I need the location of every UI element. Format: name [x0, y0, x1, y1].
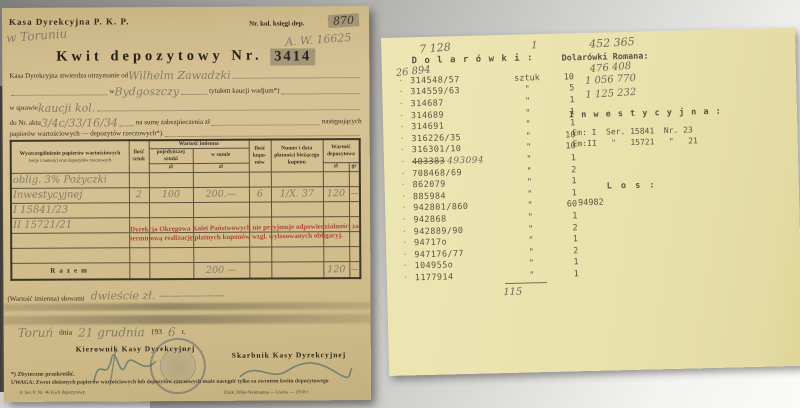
- unit-label: ": [511, 270, 553, 281]
- quantity: 1: [552, 234, 578, 245]
- table-total-row: Razem 200 — 120 —: [11, 261, 360, 279]
- quantity: 1: [553, 269, 579, 280]
- quantity: 1: [551, 188, 577, 199]
- cell-sum: [193, 202, 249, 217]
- value-in-words-line: (Wartość imienna) słowami dwieście zł. —…: [7, 288, 363, 303]
- cell-qty: [129, 172, 149, 187]
- dotted-rule: [166, 134, 360, 137]
- handwritten-number-4: 1 125 232: [585, 87, 636, 101]
- handwritten-depositor-name: Wilhelm Zawadzki: [128, 69, 230, 83]
- r-label: r.: [182, 327, 186, 336]
- unit-label: ": [508, 154, 550, 165]
- form-line-papers: papierów wartościowych — depozytów rzecz…: [10, 128, 362, 138]
- razem-empty: [249, 262, 271, 279]
- quantity: 10: [548, 72, 574, 83]
- cell-sum: [193, 247, 249, 262]
- nastepujacych-label: następujących: [322, 117, 362, 125]
- unit-label: ": [507, 119, 549, 130]
- form-reference: P. Ser. P. Nr. 46 Kwit depozytowy.: [20, 391, 86, 396]
- handwritten-city: Toruń: [18, 326, 54, 340]
- suma-label: na sumę zabezpieczenia zł: [136, 118, 210, 126]
- handwritten-case: kaucji kol.: [38, 101, 95, 114]
- unit-zl: zł: [193, 163, 249, 172]
- serial-number: 942889/90: [414, 226, 464, 237]
- handwritten-tick: 1: [531, 40, 538, 51]
- serial-number-list: 314548/57 sztuk 10 314559/63 " 5 314687 …: [410, 71, 595, 284]
- col-header-coupons: Ilość kupo- nów: [249, 140, 271, 172]
- year-label: 193: [151, 327, 162, 336]
- cell-deposit-zl: [323, 201, 349, 216]
- cell-coupons: [249, 202, 271, 217]
- form-line-place: w Bydgoszczy tytułem kaucji wadjum*): [9, 84, 361, 96]
- unit-label: ": [508, 165, 550, 176]
- serial-number: 104955o: [414, 261, 453, 272]
- dotted-rule: [11, 93, 107, 96]
- quantity: 1: [550, 153, 576, 164]
- typed-list-document: 7 128 1 D o l a r ó w k i : 26 894 31454…: [381, 28, 800, 376]
- cell-due: [271, 201, 323, 216]
- serial-number: 314691: [411, 122, 444, 133]
- cell-name: [11, 232, 129, 248]
- cell-deposit-zl: [323, 171, 349, 186]
- unit-label: ": [509, 189, 551, 200]
- serial-number: 942868: [413, 214, 446, 225]
- los-value: 94982: [578, 198, 604, 209]
- form-line-act-number: do Nr. aktu 3/4c/33/16/34 na sumę zabezp…: [10, 115, 362, 127]
- handwritten-value-words: dwieście zł. ——————: [91, 289, 225, 303]
- akt-label: do Nr. aktu: [10, 119, 41, 127]
- cell-single: [149, 172, 193, 187]
- handwritten-date: 21 grudnia: [78, 325, 145, 339]
- serial-number: 947176/77: [414, 249, 464, 260]
- cell-coupons: 6: [249, 187, 271, 202]
- title-label: Kwit depozytowy Nr.: [56, 48, 262, 65]
- cell-single: [149, 202, 193, 217]
- cell-sum: 200.—: [193, 187, 249, 202]
- round-office-stamp: [150, 338, 206, 394]
- quantity: 2: [552, 246, 578, 257]
- handwritten-correction: 493094: [447, 155, 484, 166]
- handwritten-reference-number: A. W. 16625: [285, 31, 352, 49]
- col-header-sum: w sumie: [193, 148, 249, 163]
- serial-number: 94717o: [414, 238, 447, 249]
- deposit-receipt-document: Kasa Dyrekcyjna P. K. P. w Toruniu Nr. k…: [2, 6, 371, 402]
- unit-label: ": [510, 235, 552, 246]
- cell-due: [271, 246, 323, 261]
- razem-label: Razem: [11, 262, 129, 279]
- dotted-rule: [181, 93, 207, 95]
- handwritten-total: 115: [503, 287, 522, 298]
- form-line-received: Kasa Dyrekcyjna stwierdza otrzymanie od …: [9, 68, 361, 80]
- quantity: 1: [551, 211, 577, 222]
- securities-table: Wyszczególnienie papierów wartościowych …: [10, 138, 362, 280]
- emission-1-line: Em: I Ser. 15841 Nr. 23: [572, 125, 693, 137]
- papierow-label: papierów wartościowych — depozytów rzecz…: [10, 129, 164, 138]
- cell-deposit-zl: [323, 246, 349, 261]
- unit-label: ": [510, 223, 552, 234]
- document-title: Kwit depozytowy Nr. 3414: [2, 47, 369, 66]
- unit-label: ": [509, 200, 551, 211]
- serial-number: 942801/860: [413, 202, 468, 213]
- dotted-rule: [120, 124, 134, 126]
- razem-empty: [271, 261, 323, 278]
- serial-number: 314689: [411, 110, 444, 121]
- los-heading: L o s :: [607, 180, 657, 191]
- handwritten-city: Bydgoszczy: [114, 85, 179, 98]
- serial-number: 1177914: [415, 272, 454, 283]
- cell-single: 100: [149, 187, 193, 202]
- quantity: 2: [550, 165, 576, 176]
- quantity: 5: [548, 84, 574, 95]
- cell-deposit-gr: [349, 171, 360, 186]
- cell-sum: [193, 172, 249, 187]
- col-header-name-sub: (serje i numery) oraz depozytów rzeczowy…: [13, 157, 128, 163]
- razem-gr: —: [349, 261, 360, 278]
- scan-smudge: [4, 314, 371, 325]
- dotted-rule: [233, 76, 360, 79]
- handwritten-place: w Toruniu: [6, 27, 68, 46]
- cell-name: oblig. 3% Pożyczki: [11, 172, 129, 188]
- kaucja-label: tytułem kaucji wadjum*): [209, 87, 279, 95]
- cell-name: I 15841/23: [11, 202, 129, 218]
- serial-number: 316301/10: [412, 144, 462, 155]
- col-header-qty: Ilość sztuk: [129, 140, 149, 172]
- unit-label: ": [507, 131, 549, 142]
- cell-single: [149, 247, 193, 262]
- col-header-deposit: Wartość depozytowa: [323, 139, 360, 162]
- footnote: *) Zbyteczne przekreślić.: [11, 372, 75, 378]
- photo-backdrop: Kasa Dyrekcyjna P. K. P. w Toruniu Nr. k…: [0, 0, 800, 408]
- serial-number: 403383: [412, 156, 445, 167]
- cell-deposit-gr: —: [349, 186, 360, 201]
- railway-directorate-stamp: Dyrekcja Okręgowa Kolei Państwowych nie …: [130, 222, 370, 244]
- quantity: 1: [548, 95, 574, 106]
- cell-name: [11, 247, 129, 263]
- cell-deposit-gr: [349, 246, 360, 261]
- handwritten-top-number: 7 128: [419, 40, 451, 55]
- serial-number: 862079: [412, 180, 445, 191]
- cell-name: Inwestycyjnej: [11, 187, 129, 203]
- quantity: 2: [552, 223, 578, 234]
- dotted-rule: [212, 123, 320, 126]
- razem-empty: [129, 262, 149, 279]
- serial-number: 314687: [411, 98, 444, 109]
- unit-label: ": [510, 258, 552, 269]
- receipt-number-stamp: 3414: [270, 48, 315, 65]
- unit-label: sztuk: [506, 73, 548, 84]
- razem-empty: [149, 262, 193, 279]
- sum-underline: [505, 282, 547, 284]
- handwritten-year-digit: 6: [168, 325, 176, 339]
- unit-label: ": [508, 177, 550, 188]
- cell-name: II 15721/21: [11, 217, 129, 233]
- col-header-due: Numer i data płatności bieżącego kuponu: [271, 139, 323, 171]
- printer-imprint: Druk. Piller-Neumanna — Lwów — 1938 r.: [224, 390, 309, 395]
- unit-label: ": [506, 96, 548, 107]
- cell-due: 1/X. 37: [271, 186, 323, 201]
- serial-number: 316226/35: [411, 133, 461, 144]
- cell-due: [271, 171, 323, 186]
- quantity: 1: [552, 258, 578, 269]
- received-label: Kasa Dyrekcyjna stwierdza otrzymanie od: [9, 71, 128, 80]
- cell-qty: [129, 202, 149, 217]
- emission-2-line: Em:II " 15721 " 21: [573, 136, 698, 148]
- inwestycyjna-heading: I n w e s t y c y j n a :: [569, 107, 722, 121]
- issuer-name: Kasa Dyrekcyjna P. K. P.: [9, 16, 129, 27]
- dotted-rule: [97, 108, 359, 111]
- handwritten-act-number: 3/4c/33/16/34: [41, 116, 118, 129]
- book-number-label: Nr. kol. księgi dep.: [249, 19, 304, 27]
- razem-deposit: 120: [323, 261, 349, 278]
- unit-label: ": [508, 142, 550, 153]
- cell-coupons: [249, 172, 271, 187]
- cell-deposit-gr: [349, 201, 360, 216]
- date-line: Toruń dnia 21 grudnia 193 6 r.: [18, 324, 348, 337]
- serial-number: 314548/57: [410, 75, 460, 86]
- col-header-single: pojedyńczej sztuki: [149, 148, 193, 163]
- quantity: 1: [550, 176, 576, 187]
- razem-sum: 200 —: [193, 262, 249, 279]
- scan-smudge: [4, 302, 371, 311]
- securities-table-wrap: Wyszczególnienie papierów wartościowych …: [10, 138, 363, 280]
- form-line-case: w sprawie kaucji kol.: [9, 100, 361, 112]
- handwritten-book-number: 870: [328, 13, 360, 28]
- serial-number: 314559/63: [410, 86, 460, 97]
- unit-zl: zł: [323, 162, 349, 171]
- dotted-rule: [281, 92, 359, 94]
- cell-qty: 2: [129, 187, 149, 202]
- unit-label: ": [506, 84, 548, 95]
- sprawa-label: w sprawie: [9, 104, 38, 112]
- unit-gr: gr: [349, 162, 360, 171]
- words-label: (Wartość imienna) słowami: [7, 295, 84, 303]
- unit-label: ": [509, 212, 551, 223]
- handwritten-number-3: 1 056 770: [585, 73, 636, 87]
- unit-label: ": [507, 108, 549, 119]
- cell-qty: [129, 247, 149, 262]
- unit-zl: zł: [149, 163, 193, 172]
- handwritten-number-1: 452 365: [589, 35, 635, 51]
- dnia-label: dnia: [59, 328, 72, 337]
- table-header-row: Wyszczególnienie papierów wartościowych …: [11, 139, 360, 149]
- col-header-name-main: Wyszczególnienie papierów wartościowych: [20, 150, 121, 157]
- serial-number: 885984: [413, 191, 446, 202]
- uwaga-note: UWAGA: Zwrot złożonych papierów wartości…: [11, 378, 363, 386]
- cell-deposit-zl: 120: [323, 186, 349, 201]
- unit-label: ": [510, 247, 552, 258]
- serial-number: 708468/69: [412, 168, 462, 179]
- col-header-name: Wyszczególnienie papierów wartościowych …: [11, 140, 129, 173]
- quantity: 60: [551, 200, 577, 211]
- cell-coupons: [249, 247, 271, 262]
